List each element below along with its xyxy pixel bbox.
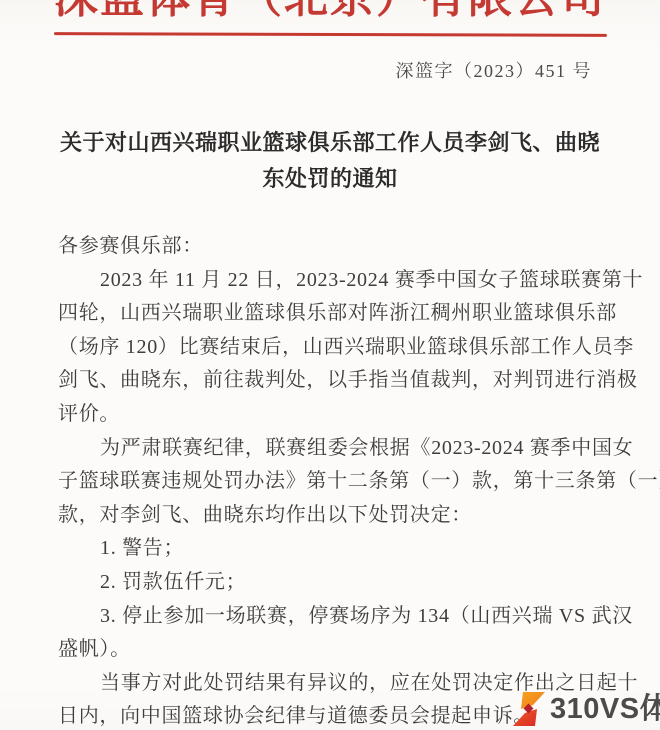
- body-line: 四轮，山西兴瑞职业篮球俱乐部对阵浙江稠州职业篮球俱乐部: [58, 297, 620, 331]
- body-line: （场序 120）比赛结束后，山西兴瑞职业篮球俱乐部工作人员李: [58, 331, 620, 365]
- body-line: 盛帆）。: [58, 633, 620, 667]
- lightning-s-icon: [511, 691, 547, 727]
- body-line: 评价。: [58, 398, 620, 432]
- body-line: 剑飞、曲晓东，前往裁判处，以手指当值裁判，对判罚进行消极: [58, 364, 620, 398]
- body-line: 子篮球联赛违规处罚办法》第十二条第（一）款，第十三条第（一）: [58, 465, 620, 499]
- notice-title-line-1: 关于对山西兴瑞职业篮球俱乐部工作人员李剑飞、曲晓: [0, 125, 660, 161]
- body-line-penalty-2: 2. 罚款伍仟元；: [58, 566, 620, 600]
- body-line-penalty-3: 3. 停止参加一场联赛，停赛场序为 134（山西兴瑞 VS 武汉: [58, 600, 620, 634]
- notice-title-line-2: 东处罚的通知: [0, 161, 660, 197]
- body-line-salutation: 各参赛俱乐部：: [58, 230, 620, 264]
- document-number: 深篮字（2023）451 号: [0, 57, 592, 83]
- body-line-penalty-1: 1. 警告；: [58, 532, 620, 566]
- letterhead-divider-rule: [54, 32, 607, 37]
- watermark-brand-text: 310VS体育: [550, 691, 660, 727]
- letterhead-company-name: 深篮体育（北京）有限公司: [0, 0, 660, 20]
- body-line: 为严肃联赛纪律，联赛组委会根据《2023-2024 赛季中国女: [58, 432, 620, 466]
- body-line: 2023 年 11 月 22 日，2023-2024 赛季中国女子篮球联赛第十: [58, 264, 620, 298]
- notice-body: 各参赛俱乐部： 2023 年 11 月 22 日，2023-2024 赛季中国女…: [58, 230, 620, 730]
- site-watermark: 310VS体育: [511, 691, 660, 727]
- body-line: 款，对李剑飞、曲晓东均作出以下处罚决定：: [58, 499, 620, 533]
- document-page: 深篮体育（北京）有限公司 深篮字（2023）451 号 关于对山西兴瑞职业篮球俱…: [0, 0, 660, 730]
- notice-title: 关于对山西兴瑞职业篮球俱乐部工作人员李剑飞、曲晓 东处罚的通知: [0, 125, 660, 197]
